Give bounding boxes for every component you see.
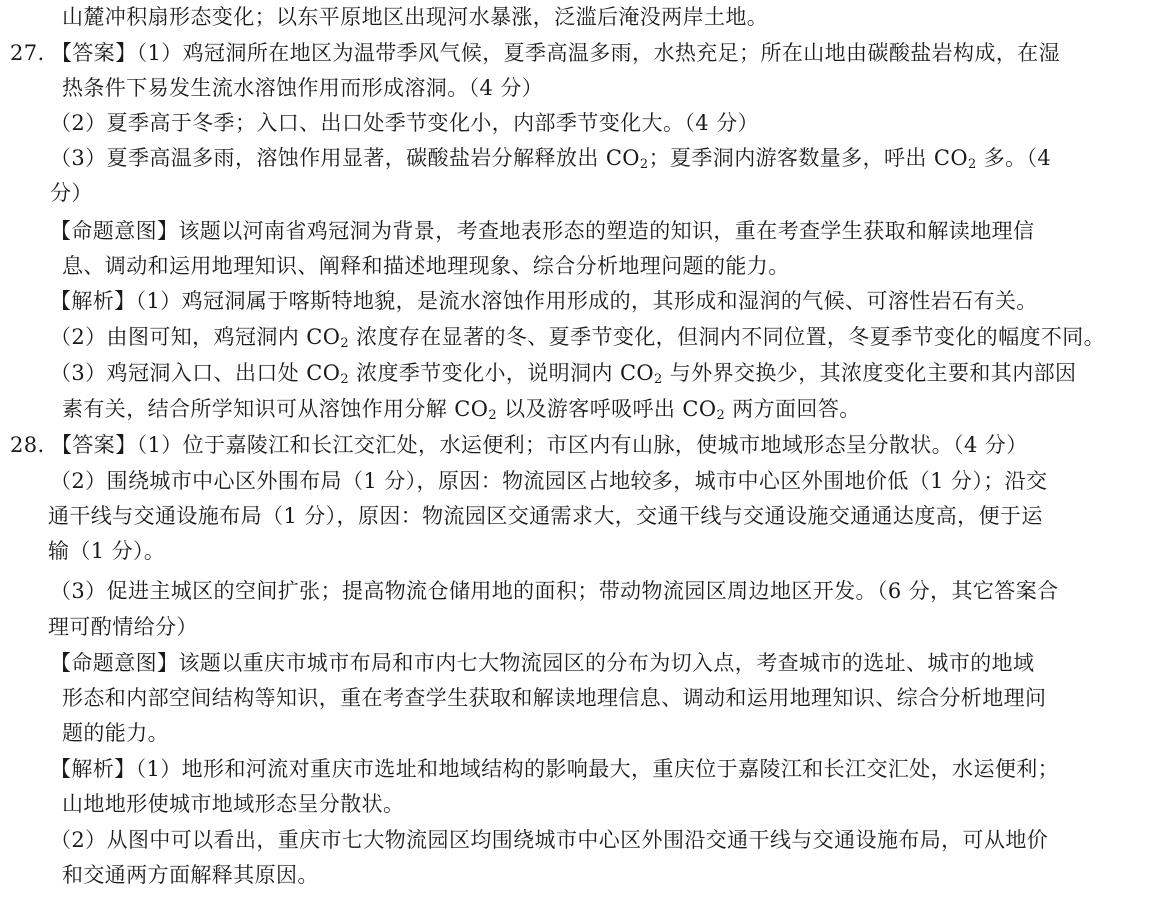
text: 题的能力。 (62, 721, 169, 745)
q28-answer-3-cont: 理可酌情给分） (48, 614, 198, 640)
question-number-27: 27. (10, 40, 51, 66)
q28-intent-cont2: 题的能力。 (62, 720, 169, 746)
text: （2）围绕城市中心区外围布局（1 分），原因：物流园区占地较多，城市中心区外围地… (50, 469, 1047, 493)
q27-analysis-3-cont: 素有关，结合所学知识可从溶蚀作用分解 CO2 以及游客呼吸呼出 CO2 两方面回… (62, 396, 861, 422)
q28-answer-2-cont: 通干线与交通设施布局（1 分），原因：物流园区交通需求大，交通干线与交通设施交通… (48, 503, 1043, 529)
q27-answer-2: （2）夏季高于冬季；入口、出口处季节变化小，内部季节变化大。（4 分） (50, 110, 759, 136)
subscript: 2 (968, 157, 977, 172)
text: 【答案】（1）鸡冠洞所在地区为温带季风气候，夏季高温多雨，水热充足；所在山地由碳… (51, 41, 1060, 65)
text: （3）夏季高温多雨，溶蚀作用显著，碳酸盐岩分解释放出 CO (50, 146, 640, 170)
question-number-28: 28. (10, 432, 51, 458)
text: 【答案】（1）位于嘉陵江和长江交汇处，水运便利；市区内有山脉，使城市地域形态呈分… (51, 433, 1028, 457)
q28-answer-2: （2）围绕城市中心区外围布局（1 分），原因：物流园区占地较多，城市中心区外围地… (50, 468, 1047, 494)
text: 与外界交换少，其浓度变化主要和其内部因 (663, 361, 1077, 385)
subscript: 2 (340, 336, 349, 351)
q28-analysis-2-cont: 和交通两方面解释其原因。 (62, 862, 319, 888)
text: （2）由图可知，鸡冠洞内 CO (50, 325, 340, 349)
q28-analysis-2: （2）从图中可以看出，重庆市七大物流园区均围绕城市中心区外围沿交通干线与交通设施… (50, 827, 1048, 853)
text: 浓度季节变化小，说明洞内 CO (349, 361, 654, 385)
text: 【命题意图】该题以重庆市城市布局和市内七大物流园区的分布为切入点，考查城市的选址… (50, 651, 1034, 675)
subscript: 2 (654, 372, 663, 387)
subscript: 2 (340, 372, 349, 387)
text: ；夏季洞内游客数量多，呼出 CO (649, 146, 968, 170)
subscript: 2 (488, 408, 497, 423)
q26-analysis-continuation: 山麓冲积扇形态变化；以东平原地区出现河水暴涨，泛滥后淹没两岸土地。 (62, 4, 768, 30)
text: （2）夏季高于冬季；入口、出口处季节变化小，内部季节变化大。（4 分） (50, 111, 759, 135)
text: 山地地形使城市地域形态呈分散状。 (62, 792, 404, 816)
text: 分） (50, 181, 93, 205)
text: 息、调动和运用地理知识、阐释和描述地理现象、综合分析地理问题的能力。 (62, 254, 790, 278)
text: 山麓冲积扇形态变化；以东平原地区出现河水暴涨，泛滥后淹没两岸土地。 (62, 5, 768, 29)
text: 多。（4 (977, 146, 1052, 170)
text: 热条件下易发生流水溶蚀作用而形成溶洞。（4 分） (62, 76, 543, 100)
q27-answer-1: 27.【答案】（1）鸡冠洞所在地区为温带季风气候，夏季高温多雨，水热充足；所在山… (10, 40, 1060, 66)
subscript: 2 (716, 408, 725, 423)
q28-analysis-1-cont: 山地地形使城市地域形态呈分散状。 (62, 791, 404, 817)
q28-analysis-1: 【解析】（1）地形和河流对重庆市选址和地域结构的影响最大，重庆位于嘉陵江和长江交… (50, 756, 1059, 782)
q27-intent: 【命题意图】该题以河南省鸡冠洞为背景，考查地表形态的塑造的知识，重在考查学生获取… (50, 218, 1034, 244)
subscript: 2 (640, 157, 649, 172)
text: （3）促进主城区的空间扩张；提高物流仓储用地的面积；带动物流园区周边地区开发。（… (50, 579, 1059, 603)
q27-analysis-1: 【解析】（1）鸡冠洞属于喀斯特地貌，是流水溶蚀作用形成的，其形成和湿润的气候、可… (50, 288, 1038, 314)
q27-intent-cont: 息、调动和运用地理知识、阐释和描述地理现象、综合分析地理问题的能力。 (62, 253, 790, 279)
q27-analysis-3: （3）鸡冠洞入口、出口处 CO2 浓度季节变化小，说明洞内 CO2 与外界交换少… (50, 360, 1076, 386)
q27-answer-1-cont: 热条件下易发生流水溶蚀作用而形成溶洞。（4 分） (62, 75, 543, 101)
q27-answer-3: （3）夏季高温多雨，溶蚀作用显著，碳酸盐岩分解释放出 CO2；夏季洞内游客数量多… (50, 145, 1051, 171)
q28-answer-3: （3）促进主城区的空间扩张；提高物流仓储用地的面积；带动物流园区周边地区开发。（… (50, 578, 1059, 604)
text: 通干线与交通设施布局（1 分），原因：物流园区交通需求大，交通干线与交通设施交通… (48, 504, 1043, 528)
q27-analysis-2: （2）由图可知，鸡冠洞内 CO2 浓度存在显著的冬、夏季节变化，但洞内不同位置，… (50, 324, 1105, 350)
q28-intent-cont: 形态和内部空间结构等知识，重在考查学生获取和解读地理信息、调动和运用地理知识、综… (62, 685, 1046, 711)
text: 浓度存在显著的冬、夏季节变化，但洞内不同位置，冬夏季节变化的幅度不同。 (349, 325, 1105, 349)
text: 【解析】（1）地形和河流对重庆市选址和地域结构的影响最大，重庆位于嘉陵江和长江交… (50, 757, 1059, 781)
q28-answer-2-cont2: 输（1 分）。 (48, 538, 165, 564)
text: 理可酌情给分） (48, 615, 198, 639)
text: 输（1 分）。 (48, 539, 165, 563)
text: 素有关，结合所学知识可从溶蚀作用分解 CO (62, 397, 488, 421)
text: （3）鸡冠洞入口、出口处 CO (50, 361, 340, 385)
q27-answer-3-cont: 分） (50, 180, 93, 206)
text: 形态和内部空间结构等知识，重在考查学生获取和解读地理信息、调动和运用地理知识、综… (62, 686, 1046, 710)
text: 以及游客呼吸呼出 CO (497, 397, 716, 421)
text: 两方面回答。 (725, 397, 860, 421)
q28-intent: 【命题意图】该题以重庆市城市布局和市内七大物流园区的分布为切入点，考查城市的选址… (50, 650, 1034, 676)
text: 【解析】（1）鸡冠洞属于喀斯特地貌，是流水溶蚀作用形成的，其形成和湿润的气候、可… (50, 289, 1038, 313)
text: 【命题意图】该题以河南省鸡冠洞为背景，考查地表形态的塑造的知识，重在考查学生获取… (50, 219, 1034, 243)
text: 和交通两方面解释其原因。 (62, 863, 319, 887)
q28-answer-1: 28.【答案】（1）位于嘉陵江和长江交汇处，水运便利；市区内有山脉，使城市地域形… (10, 432, 1028, 458)
text: （2）从图中可以看出，重庆市七大物流园区均围绕城市中心区外围沿交通干线与交通设施… (50, 828, 1048, 852)
